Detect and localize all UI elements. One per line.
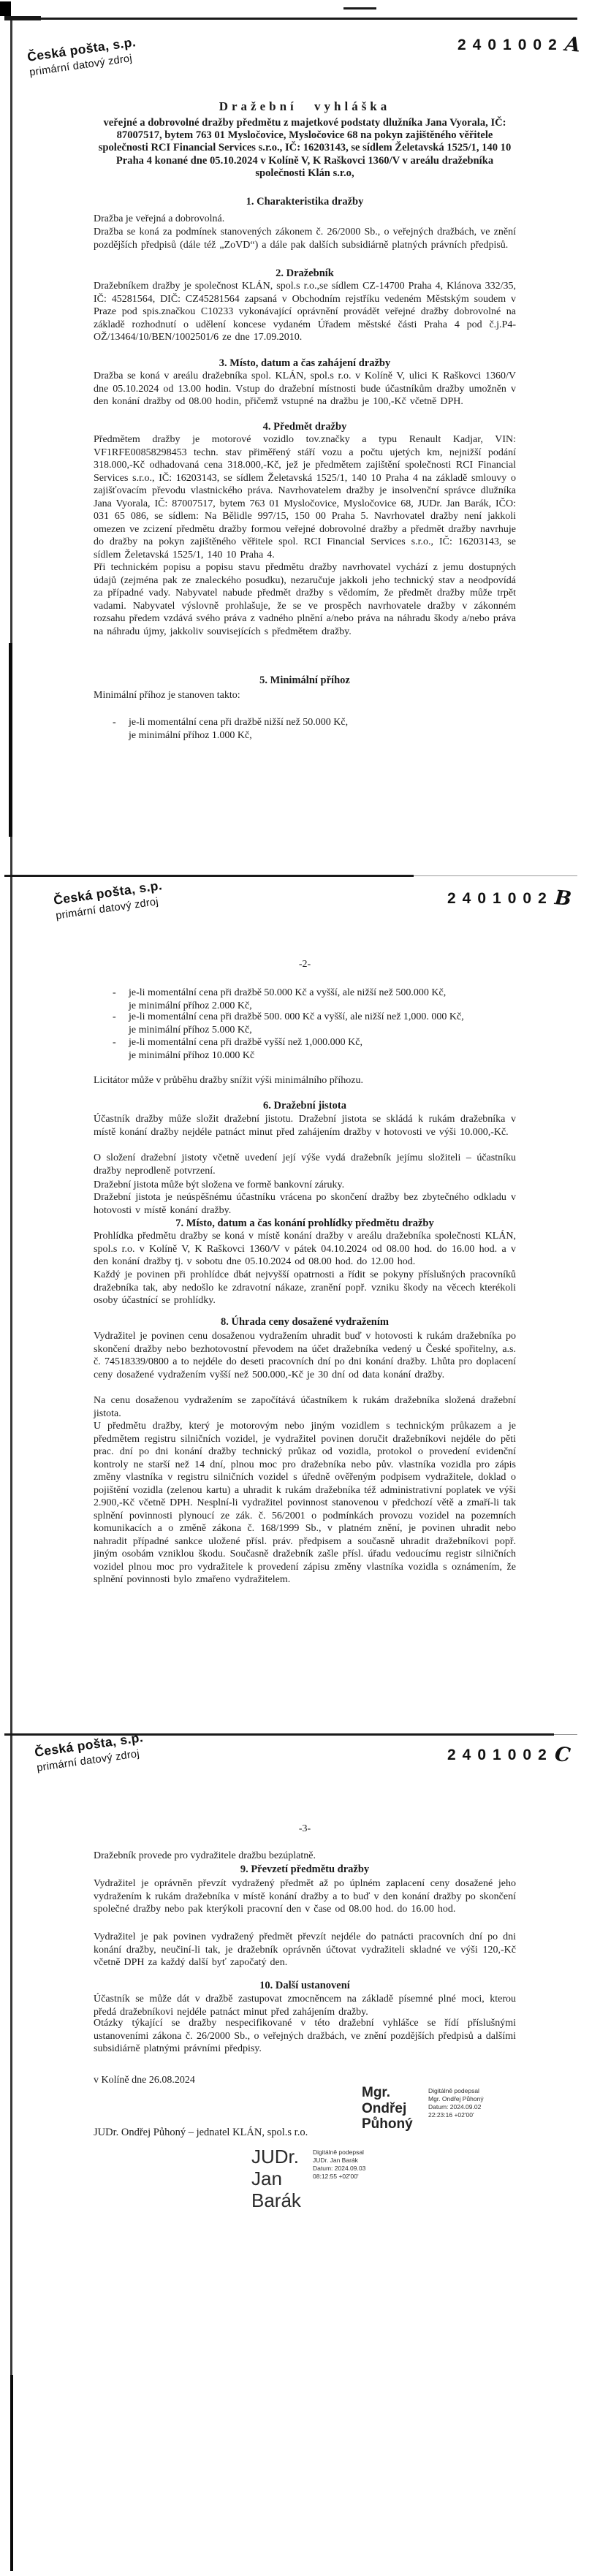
- bullet-line: je-li momentální cena při dražbě 500. 00…: [129, 1011, 535, 1024]
- bullet-text: je-li momentální cena při dražbě vyšší n…: [129, 1036, 535, 1062]
- paragraph: O složení dražební jistoty včetně uveden…: [94, 1152, 516, 1177]
- bullet-dash: -: [113, 1011, 129, 1036]
- postal-stamp: Česká pošta, s.p. primární datový zdroj: [53, 878, 165, 922]
- bullet-dash: -: [113, 987, 129, 1012]
- paragraph: Na cenu dosaženou vydražením se započítá…: [94, 1394, 516, 1420]
- doc-subtitle: veřejné a dobrovolné dražby předmětu z m…: [94, 117, 516, 180]
- paragraph: Dražební jistota je neúspěšnému účastník…: [94, 1191, 516, 1217]
- scanned-document: 2401002 A Česká pošta, s.p. primární dat…: [0, 0, 600, 2576]
- section-heading-8: 8. Úhrada ceny dosažené vydražením: [94, 1316, 516, 1329]
- signature-name-line: Mgr.: [362, 2085, 413, 2101]
- paragraph: Dražba je veřejná a dobrovolná.: [94, 213, 516, 226]
- scan-artifact-faint-line: [414, 875, 577, 876]
- list-item: - je-li momentální cena při dražbě nižší…: [94, 716, 535, 742]
- digital-signature-name: Mgr. Ondřej Půhoný: [362, 2085, 413, 2132]
- paragraph: Dražba se koná za podmínek stanovených z…: [94, 226, 516, 251]
- paragraph: Účastník se může dát v dražbě zastupovat…: [94, 1993, 516, 2018]
- scan-artifact-faint-line: [554, 1734, 577, 1735]
- page-number: -3-: [94, 1823, 516, 1835]
- scan-artifact-corner-blob: [0, 1, 11, 16]
- scan-artifact-page-top-line: [4, 18, 577, 20]
- bullet-text: je-li momentální cena při dražbě 50.000 …: [129, 987, 535, 1012]
- paragraph: Vydražitel je pak povinen vydražený před…: [94, 1931, 516, 1969]
- scan-artifact-left-line-thick: [9, 643, 12, 837]
- place-date: v Kolíně dne 26.08.2024: [94, 2074, 195, 2087]
- scan-artifact-page-top-line: [4, 1733, 554, 1736]
- section-heading-7: 7. Místo, datum a čas konání prohlídky p…: [94, 1217, 516, 1231]
- doc-number: 2401002: [457, 37, 563, 54]
- page-letter: B: [554, 889, 572, 908]
- digital-signature-note: Digitálně podepsal Mgr. Ondřej Půhoný Da…: [428, 2087, 491, 2119]
- list-item: - je-li momentální cena při dražbě 500. …: [94, 1011, 535, 1036]
- page-letter: C: [554, 1746, 571, 1765]
- signatory-line: JUDr. Ondřej Půhoný – jednatel KLÁN, spo…: [94, 2127, 308, 2140]
- paragraph: Minimální příhoz je stanoven takto:: [94, 689, 516, 702]
- doc-number-stamp: 2401002 C: [447, 1747, 570, 1764]
- bullet-dash: -: [113, 1036, 129, 1062]
- section-heading-4: 4. Předmět dražby: [94, 421, 516, 434]
- bullet-line: je minimální příhoz 10.000 Kč: [129, 1049, 535, 1063]
- paragraph: Prohlídka předmětu dražby se koná v míst…: [94, 1230, 516, 1269]
- section-heading-1: 1. Charakteristika dražby: [94, 196, 516, 209]
- scan-artifact-page-top-line: [4, 875, 414, 877]
- paragraph: Dražebníkem dražby je společnost KLÁN, s…: [94, 280, 516, 344]
- bullet-dash: -: [113, 716, 129, 742]
- doc-number-stamp: 2401002 B: [447, 890, 571, 908]
- doc-number: 2401002: [447, 1747, 553, 1764]
- bullet-line: je minimální příhoz 5.000 Kč,: [129, 1024, 535, 1037]
- paragraph: Vydražitel je povinen cenu dosaženou vyd…: [94, 1330, 516, 1381]
- page-number: -2-: [94, 959, 516, 970]
- section-heading-2: 2. Dražebník: [94, 267, 516, 281]
- paragraph: Při technickém popisu a popisu stavu pře…: [94, 561, 516, 638]
- bullet-text: je-li momentální cena při dražbě nižší n…: [129, 716, 535, 742]
- paragraph: Otázky týkající se dražby nespecifikovan…: [94, 2017, 516, 2056]
- section-heading-10: 10. Další ustanovení: [94, 1980, 516, 1993]
- section-heading-9: 9. Převzetí předmětu dražby: [94, 1863, 516, 1877]
- scan-artifact-dash: [343, 7, 376, 10]
- doc-title: Dražební vyhláška: [94, 99, 516, 114]
- doc-number-stamp: 2401002 A: [457, 37, 580, 54]
- scan-artifact-left-line-thick: [10, 2375, 13, 2571]
- doc-number: 2401002: [447, 890, 553, 908]
- paragraph: U předmětu dražby, který je motorovým ne…: [94, 1420, 516, 1587]
- signature-name-line: Jan: [251, 2167, 301, 2189]
- signature-name-line: Ondřej: [362, 2101, 413, 2117]
- paragraph: Vydražitel je oprávněn převzít vydražený…: [94, 1877, 516, 1916]
- paragraph: Licitátor může v průběhu dražby snížit v…: [94, 1074, 516, 1087]
- digital-signature-name: JUDr. Jan Barák: [251, 2146, 301, 2211]
- paragraph: Účastník dražby může složit dražební jis…: [94, 1113, 516, 1139]
- section-heading-6: 6. Dražební jistota: [94, 1100, 516, 1113]
- paragraph: Každý je povinen při prohlídce dbát nejv…: [94, 1269, 516, 1307]
- signature-name-line: JUDr.: [251, 2146, 301, 2167]
- postal-stamp: Česká pošta, s.p. primární datový zdroj: [34, 1730, 146, 1774]
- list-item: - je-li momentální cena při dražbě vyšší…: [94, 1036, 535, 1062]
- signature-name-line: Barák: [251, 2189, 301, 2211]
- bullet-text: je-li momentální cena při dražbě 500. 00…: [129, 1011, 535, 1036]
- scan-artifact-line-blob: [4, 16, 41, 20]
- signature-name-line: Půhoný: [362, 2116, 413, 2132]
- paragraph: Dražebník provede pro vydražitele dražbu…: [94, 1850, 516, 1863]
- section-heading-5: 5. Minimální příhoz: [94, 675, 516, 688]
- bullet-line: je-li momentální cena při dražbě 50.000 …: [129, 987, 535, 1000]
- postal-stamp: Česká pošta, s.p. primární datový zdroj: [26, 34, 139, 78]
- paragraph: Dražba se koná v areálu dražebníka spol.…: [94, 370, 516, 409]
- bullet-line: je-li momentální cena při dražbě nižší n…: [129, 716, 535, 729]
- scan-artifact-left-line: [10, 19, 12, 2571]
- list-item: - je-li momentální cena při dražbě 50.00…: [94, 987, 535, 1012]
- page-letter: A: [564, 36, 581, 55]
- bullet-line: je-li momentální cena při dražbě vyšší n…: [129, 1036, 535, 1049]
- paragraph: Dražební jistota může být složena ve for…: [94, 1179, 516, 1192]
- paragraph: Předmětem dražby je motorové vozidlo tov…: [94, 433, 516, 561]
- section-heading-3: 3. Místo, datum a čas zahájení dražby: [94, 357, 516, 371]
- digital-signature-note: Digitálně podepsal JUDr. Jan Barák Datum…: [313, 2148, 370, 2181]
- bullet-line: je minimální příhoz 1.000 Kč,: [129, 729, 535, 742]
